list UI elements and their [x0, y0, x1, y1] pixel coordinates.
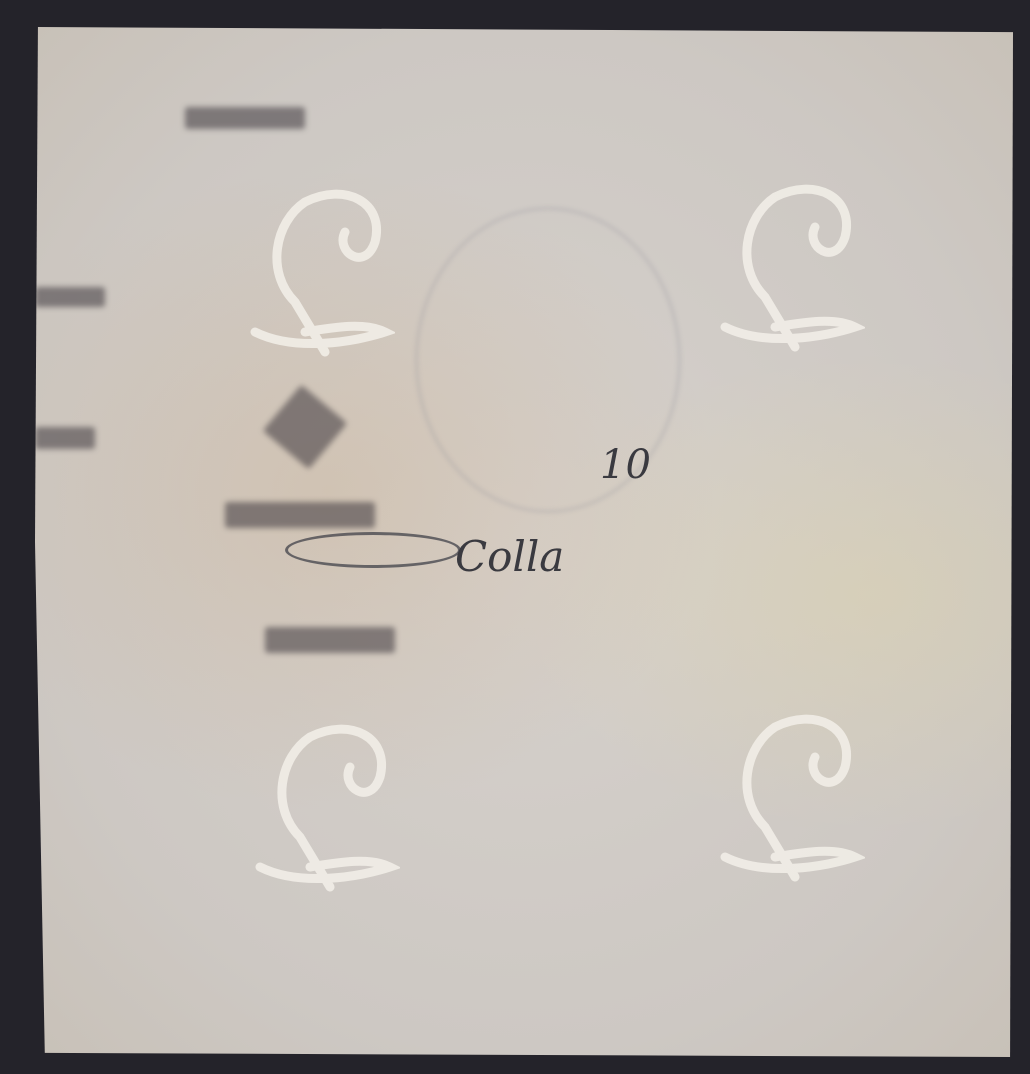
embossed-symbol-bottom-right: [705, 707, 865, 907]
embossed-symbol-top-right: [705, 177, 865, 377]
pencil-signature: Colla: [455, 532, 564, 581]
cancel-bar: [185, 107, 305, 129]
cancel-bar: [35, 427, 95, 449]
cancel-bar: [35, 287, 105, 307]
cancel-bar: [265, 627, 395, 653]
cancel-bar: [263, 385, 348, 470]
signature-flourish: [285, 532, 461, 568]
embossed-symbol-top-left: [235, 182, 395, 382]
embossed-symbol-bottom-left: [240, 717, 400, 917]
stamp-block-back: 10 Colla: [35, 27, 1013, 1057]
cancel-bar: [225, 502, 375, 528]
handwritten-number: 10: [600, 442, 651, 488]
